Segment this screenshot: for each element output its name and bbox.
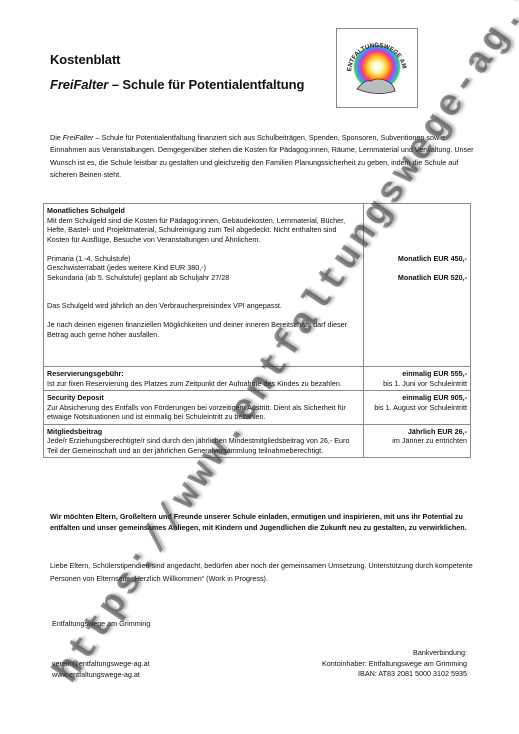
school-name: FreiFalter bbox=[50, 77, 108, 92]
price-membership: Jährlich EUR 26,- bbox=[367, 427, 467, 437]
bank-details: Bankverbindung: Kontoinhaber: Entfaltung… bbox=[322, 648, 467, 680]
cost-table: Monatliches Schulgeld Mit dem Schulgeld … bbox=[43, 203, 471, 458]
price-primaria: Monatlich EUR 450,- bbox=[367, 254, 467, 264]
table-row: Reservierungsgebühr: Ist zur fixen Reser… bbox=[44, 367, 471, 391]
school-name-inline: FreiFalter bbox=[63, 133, 94, 142]
row-heading: Security Deposit bbox=[47, 393, 360, 403]
iban: IBAN: AT83 2081 5000 3102 5935 bbox=[322, 669, 467, 680]
price-sekundaria: Monatlich EUR 520,- bbox=[367, 273, 467, 283]
invitation-text: Wir möchten Eltern, Großeltern und Freun… bbox=[50, 512, 490, 533]
school-logo-icon: ENTFALTUNGSWEGE AM GRIMMING bbox=[336, 28, 418, 108]
row-heading: Mitgliedsbeitrag bbox=[47, 427, 360, 437]
document-page: Kostenblatt FreiFalter – Schule für Pote… bbox=[0, 0, 519, 734]
price-reservation: einmalig EUR 555,- bbox=[367, 369, 467, 379]
organization-name: Entfaltungswege am Grimming bbox=[52, 619, 150, 628]
table-row: Security Deposit Zur Absicherung des Ent… bbox=[44, 391, 471, 425]
row-heading: Reservierungsgebühr: bbox=[47, 369, 360, 379]
tuition-description: Monatliches Schulgeld Mit dem Schulgeld … bbox=[44, 204, 364, 367]
subtitle-rest: – Schule für Potentialentfaltung bbox=[108, 77, 304, 92]
scholarship-note: Liebe Eltern, Schülerstipendien sind ang… bbox=[50, 560, 490, 585]
page-subtitle: FreiFalter – Schule für Potentialentfalt… bbox=[50, 77, 304, 92]
table-row: Mitgliedsbeitrag Jede/r Erziehungsberech… bbox=[44, 424, 471, 458]
intro-paragraph: Die FreiFalter – Schule für Potentialent… bbox=[50, 132, 480, 181]
table-row: Monatliches Schulgeld Mit dem Schulgeld … bbox=[44, 204, 471, 367]
website-link[interactable]: www.entfaltungswege-ag.at bbox=[52, 670, 150, 681]
row-heading: Monatliches Schulgeld bbox=[47, 206, 360, 216]
contact-block: verein@entfaltungswege-ag.at www.entfalt… bbox=[52, 659, 150, 680]
email-link[interactable]: verein@entfaltungswege-ag.at bbox=[52, 659, 150, 670]
page-title: Kostenblatt bbox=[50, 52, 120, 67]
tuition-price: Monatlich EUR 450,- Monatlich EUR 520,- bbox=[364, 204, 471, 367]
price-deposit: einmalig EUR 905,- bbox=[367, 393, 467, 403]
